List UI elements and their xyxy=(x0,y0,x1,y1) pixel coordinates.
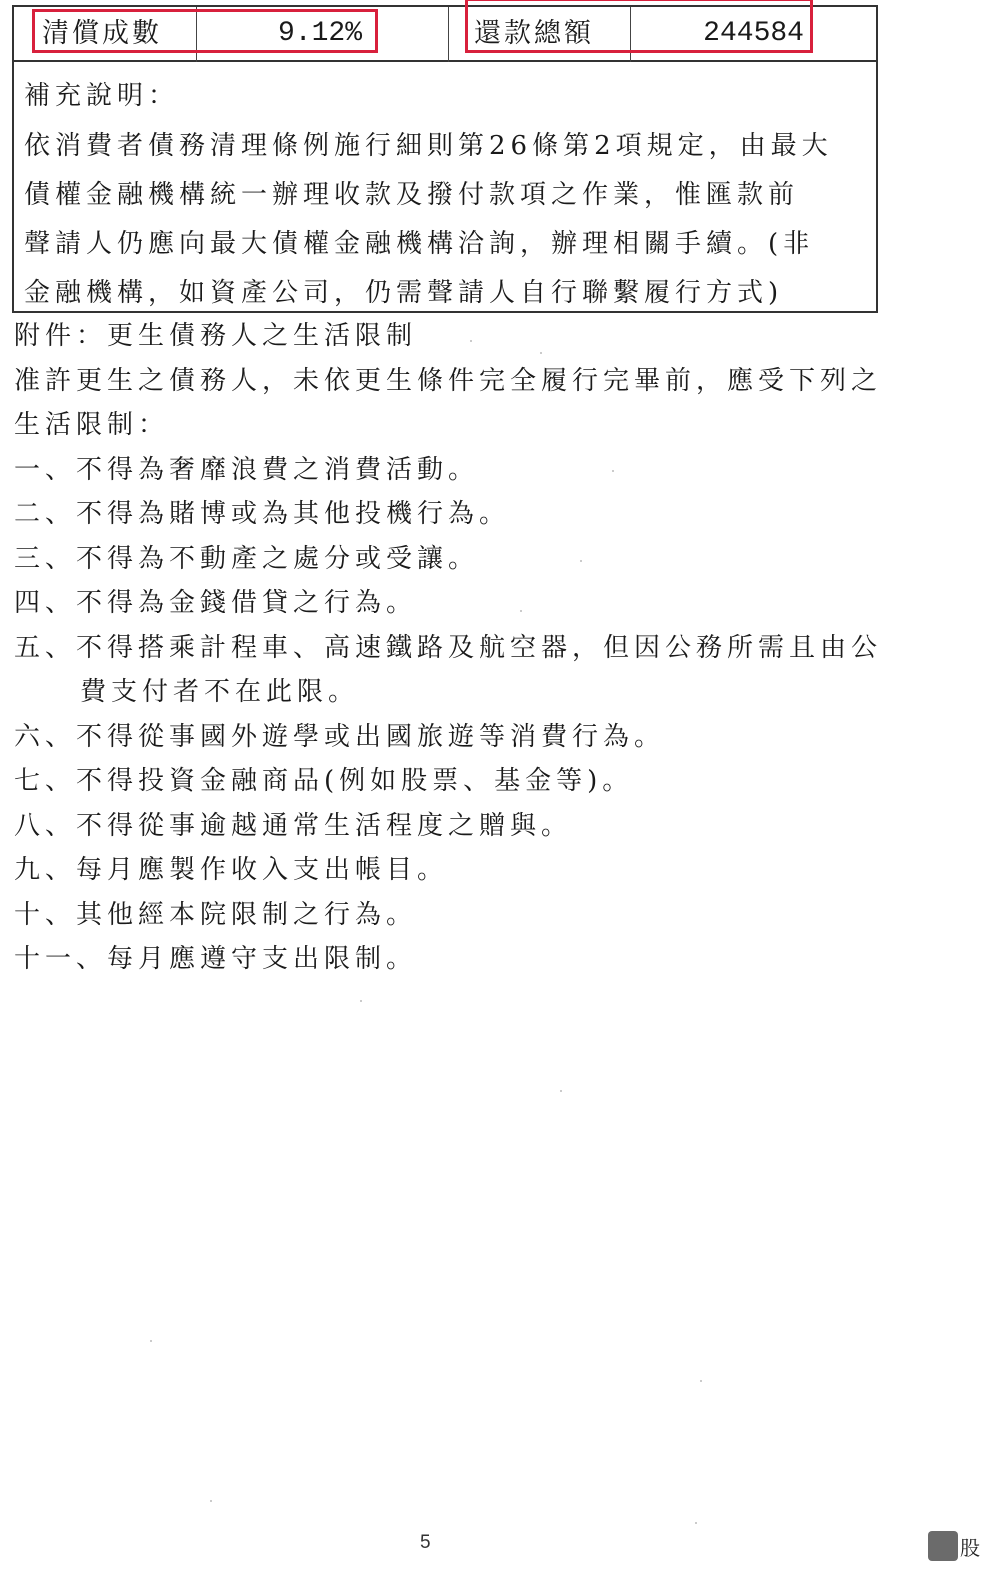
scan-speck xyxy=(360,1000,362,1002)
attachment-section: 附件：更生債務人之生活限制 准許更生之債務人，未依更生條件完全履行完畢前，應受下… xyxy=(14,314,944,982)
restriction-item: 一、不得為奢靡浪費之消費活動。 xyxy=(14,448,944,493)
scan-speck xyxy=(695,1522,697,1524)
document-page: 清償成數 9.12% 還款總額 244584 補充說明： 依消費者債務清理條例施… xyxy=(0,0,999,1584)
notes-line: 聲請人仍應向最大債權金融機構洽詢，辦理相關手續。(非 xyxy=(24,220,872,269)
scan-speck xyxy=(560,1090,562,1092)
highlight-box-total xyxy=(465,0,813,53)
scan-speck xyxy=(470,340,472,342)
corner-mark: 股 xyxy=(928,1531,980,1561)
redaction-block xyxy=(928,1531,958,1561)
attachment-intro: 准許更生之債務人，未依更生條件完全履行完畢前，應受下列之 xyxy=(14,359,944,404)
restriction-item: 十一、每月應遵守支出限制。 xyxy=(14,937,944,982)
restriction-item: 四、不得為金錢借貸之行為。 xyxy=(14,581,944,626)
restriction-item-continuation: 費支付者不在此限。 xyxy=(14,670,944,715)
attachment-title: 附件：更生債務人之生活限制 xyxy=(14,314,944,359)
highlight-box-ratio xyxy=(32,9,378,53)
scan-speck xyxy=(540,352,542,354)
scan-speck xyxy=(580,560,582,562)
notes-heading: 補充說明： xyxy=(24,70,872,122)
notes-line: 債權金融機構統一辦理收款及撥付款項之作業，惟匯款前 xyxy=(24,171,872,220)
scan-speck xyxy=(700,1380,702,1382)
column-divider xyxy=(448,7,449,62)
restriction-item: 十、其他經本院限制之行為。 xyxy=(14,893,944,938)
scan-speck xyxy=(210,1500,212,1502)
restriction-item: 八、不得從事逾越通常生活程度之贈與。 xyxy=(14,804,944,849)
corner-char: 股 xyxy=(960,1532,980,1561)
notes-line: 金融機構，如資產公司，仍需聲請人自行聯繫履行方式) xyxy=(24,269,872,318)
notes-line: 依消費者債務清理條例施行細則第26條第2項規定，由最大 xyxy=(24,122,872,171)
attachment-intro: 生活限制： xyxy=(14,403,944,448)
restriction-item: 七、不得投資金融商品(例如股票、基金等)。 xyxy=(14,759,944,804)
scan-speck xyxy=(150,1340,152,1342)
restriction-item: 三、不得為不動產之處分或受讓。 xyxy=(14,537,944,582)
restriction-item: 二、不得為賭博或為其他投機行為。 xyxy=(14,492,944,537)
restriction-item: 六、不得從事國外遊學或出國旅遊等消費行為。 xyxy=(14,715,944,760)
supplementary-notes: 補充說明： 依消費者債務清理條例施行細則第26條第2項規定，由最大 債權金融機構… xyxy=(24,70,872,318)
restriction-item: 五、不得搭乘計程車、高速鐵路及航空器，但因公務所需且由公 xyxy=(14,626,944,671)
page-number: 5 xyxy=(420,1532,431,1554)
restriction-item: 九、每月應製作收入支出帳目。 xyxy=(14,848,944,893)
scan-speck xyxy=(520,610,522,612)
scan-speck xyxy=(612,470,614,472)
